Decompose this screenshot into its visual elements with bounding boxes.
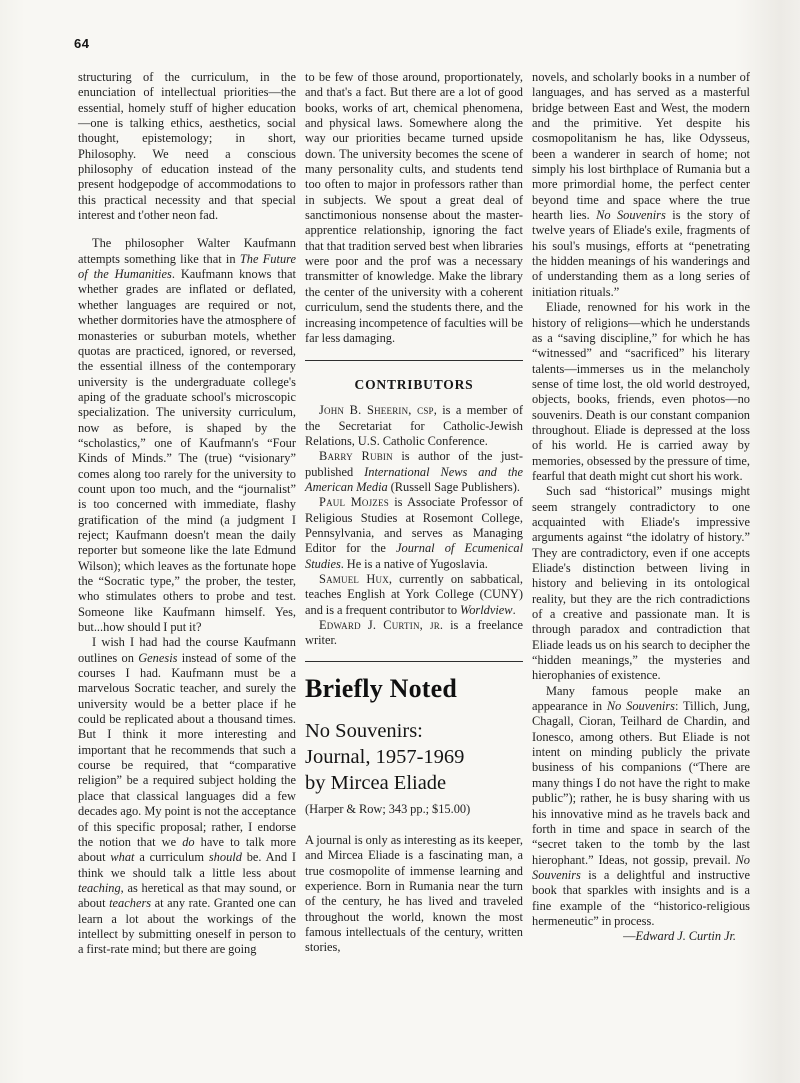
book-publisher-info: (Harper & Row; 343 pp.; $15.00) xyxy=(305,802,523,817)
text-run: novels, and scholarly books in a number … xyxy=(532,70,750,222)
review-text: A journal is only as interesting as its … xyxy=(305,833,523,956)
contributor-entry: Edward J. Curtin, jr. is a freelance wri… xyxy=(305,618,523,649)
briefly-noted-heading: Briefly Noted xyxy=(305,674,523,704)
italic-text: do xyxy=(182,835,194,849)
smallcaps-name: Samuel Hux xyxy=(319,572,389,586)
text-run: to be few of those around, proportionate… xyxy=(305,70,523,345)
page-number: 64 xyxy=(74,36,89,51)
body-paragraph: novels, and scholarly books in a number … xyxy=(532,70,750,300)
body-paragraph: I wish I had had the course Kaufmann out… xyxy=(78,635,296,957)
body-paragraph: Many famous people make an appearance in… xyxy=(532,684,750,930)
contributors-list: John B. Sheerin, csp, is a member of the… xyxy=(305,403,523,649)
contributor-entry: Samuel Hux, currently on sabbatical, tea… xyxy=(305,572,523,618)
text-run: . He is a native of Yugoslavia. xyxy=(341,557,488,571)
column-2-lead: to be few of those around, proportionate… xyxy=(305,70,523,346)
contributor-entry: John B. Sheerin, csp, is a member of the… xyxy=(305,403,523,449)
text-run: . Kaufmann knows that whether grades are… xyxy=(78,267,296,634)
contributor-entry: Paul Mojzes is Associate Professor of Re… xyxy=(305,495,523,572)
text-run: a curriculum xyxy=(134,850,208,864)
smallcaps-name: John B. Sheerin, csp xyxy=(319,403,434,417)
book-title-line: by Mircea Eliade xyxy=(305,770,523,796)
italic-text: Edward J. Curtin Jr. xyxy=(636,929,736,943)
text-run: : Tillich, Jung, Chagall, Cioran, Teilha… xyxy=(532,699,750,866)
smallcaps-name: Edward J. Curtin, jr. xyxy=(319,618,443,632)
italic-text: No Souvenirs xyxy=(596,208,666,222)
section-divider-top xyxy=(305,360,523,361)
contributors-heading: CONTRIBUTORS xyxy=(305,377,523,393)
smallcaps-name: Paul Mojzes xyxy=(319,495,389,509)
italic-text: Genesis xyxy=(138,651,177,665)
text-run: — xyxy=(623,929,635,943)
body-paragraph: —Edward J. Curtin Jr. xyxy=(532,929,750,944)
text-run: . xyxy=(513,603,516,617)
book-title-line: No Souvenirs: xyxy=(305,718,523,744)
text-run: Eliade, renowned for his work in the his… xyxy=(532,300,750,483)
body-paragraph: Such sad “historical” musings might seem… xyxy=(532,484,750,683)
section-divider-bottom xyxy=(305,661,523,662)
text-run: A journal is only as interesting as its … xyxy=(305,833,523,954)
book-title-line: Journal, 1957-1969 xyxy=(305,744,523,770)
italic-text: teaching xyxy=(78,881,121,895)
text-run: instead of some of the courses I had. Ka… xyxy=(78,651,296,849)
body-paragraph: to be few of those around, proportionate… xyxy=(305,70,523,346)
body-paragraph: Eliade, renowned for his work in the his… xyxy=(532,300,750,484)
body-paragraph: structuring of the curriculum, in the en… xyxy=(78,70,296,223)
column-1: structuring of the curriculum, in the en… xyxy=(78,70,296,958)
smallcaps-name: Barry Rubin xyxy=(319,449,393,463)
italic-text: what xyxy=(110,850,134,864)
text-run: structuring of the curriculum, in the en… xyxy=(78,70,296,222)
body-paragraph: The philosopher Walter Kaufmann attempts… xyxy=(78,236,296,635)
text-run: Such sad “historical” musings might seem… xyxy=(532,484,750,682)
italic-text: No Souvenirs xyxy=(607,699,675,713)
text-run: (Russell Sage Publishers). xyxy=(388,480,520,494)
contributor-entry: Barry Rubin is author of the just-publis… xyxy=(305,449,523,495)
text-columns: structuring of the curriculum, in the en… xyxy=(78,70,750,958)
italic-text: should xyxy=(209,850,242,864)
italic-text: Worldview xyxy=(460,603,513,617)
italic-text: teachers xyxy=(109,896,151,910)
column-3: novels, and scholarly books in a number … xyxy=(532,70,750,958)
book-title: No Souvenirs:Journal, 1957-1969by Mircea… xyxy=(305,718,523,796)
review-paragraph: A journal is only as interesting as its … xyxy=(305,833,523,956)
column-2: to be few of those around, proportionate… xyxy=(305,70,523,958)
magazine-page: 64 structuring of the curriculum, in the… xyxy=(0,0,800,1083)
